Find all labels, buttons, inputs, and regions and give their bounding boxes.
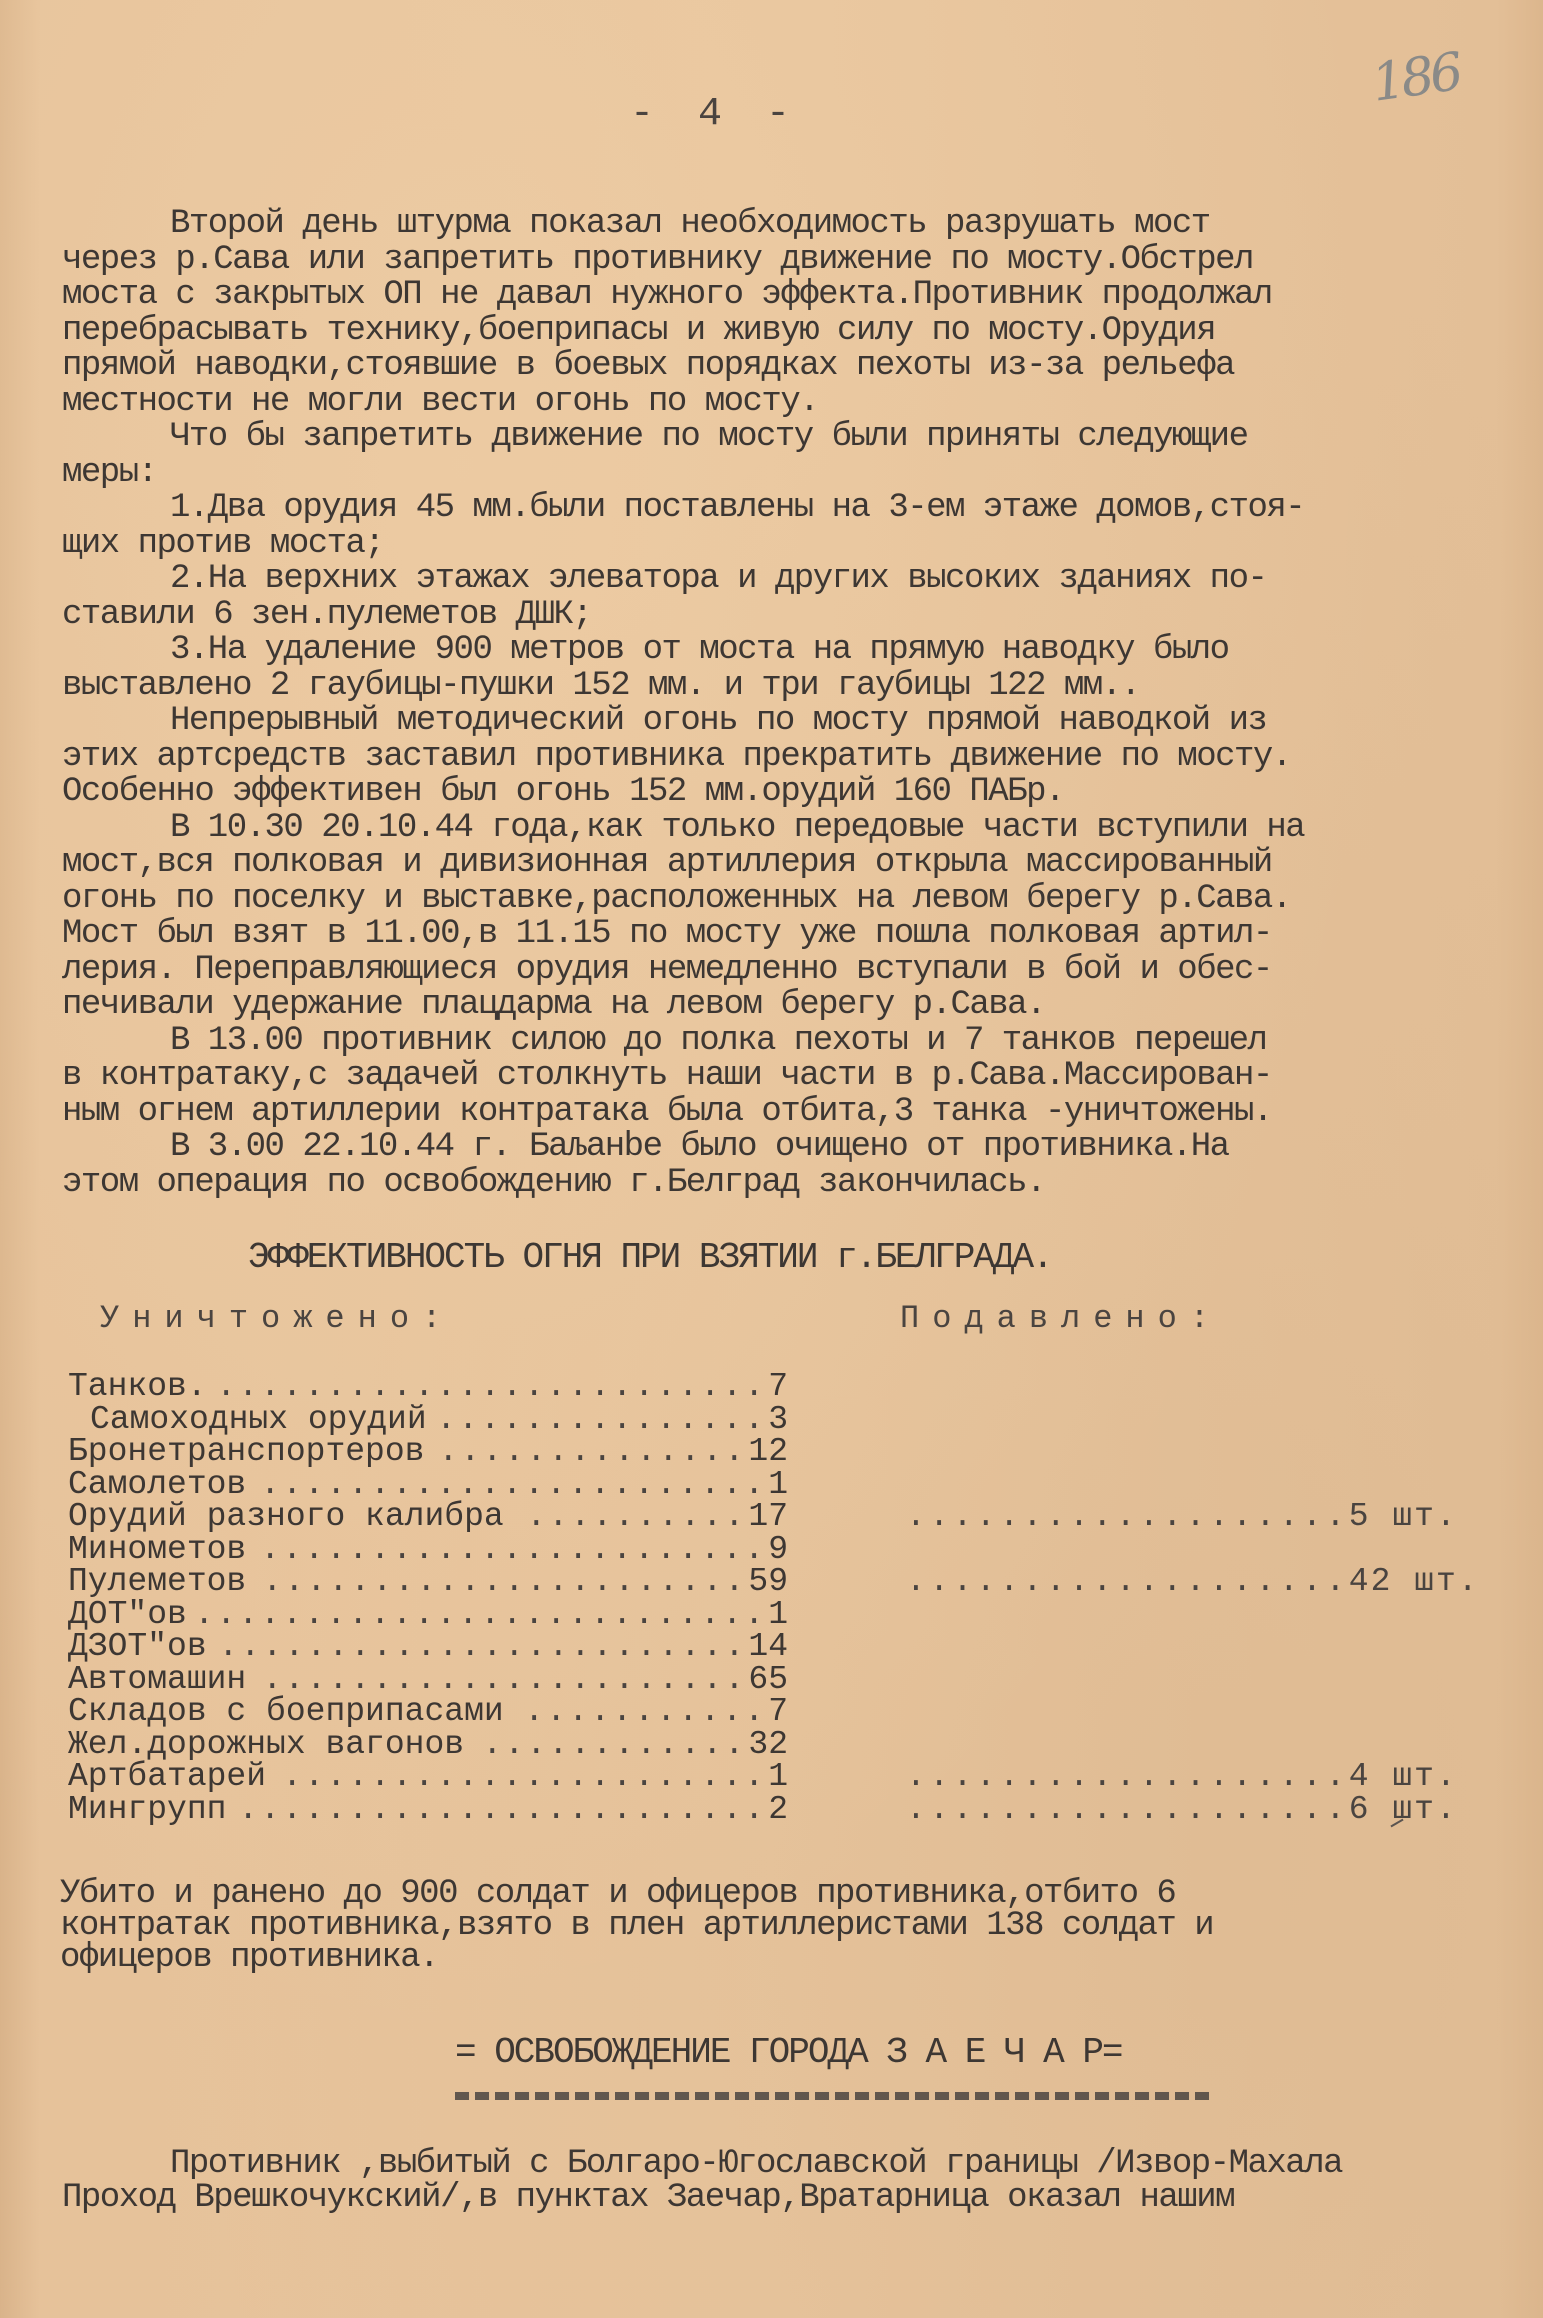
destroyed-count: 7 [768, 1695, 788, 1728]
page-number: - 4 - [630, 92, 800, 137]
table-row: Самоходных орудий...............3 [68, 1403, 1468, 1436]
text-line: Мост был взят в 11.00,в 11.15 по мосту у… [62, 917, 1542, 953]
text-line: выставлено 2 гаубицы-пушки 152 мм. и три… [62, 669, 1542, 705]
text-line: местности не могли вести огонь по мосту. [62, 385, 1542, 421]
dot-leader: ...................... [282, 1760, 766, 1793]
table-row: Орудий разного калибра..........17......… [68, 1500, 1468, 1533]
row-label: Самоходных орудий [90, 1403, 427, 1436]
text-line: ным огнем артиллерии контратака была отб… [62, 1095, 1542, 1131]
table-row: Автомашин......................65 [68, 1663, 1468, 1696]
dot-leader: ................... [906, 1498, 1349, 1535]
row-label: Автомашин [68, 1663, 246, 1696]
text-line: моста с закрытых ОП не давал нужного эфф… [62, 278, 1542, 314]
dot-leader: ................... [906, 1563, 1349, 1600]
dot-leader: .......... [526, 1500, 746, 1533]
table-row: Складов с боеприпасами...........7 [68, 1695, 1468, 1728]
text-line: 2.На верхних этажах элеватора и других в… [62, 562, 1542, 598]
suppressed-value: 4 шт. [1349, 1758, 1458, 1795]
text-line: перебрасывать технику,боеприпасы и живую… [62, 314, 1542, 350]
effectiveness-table: Танков..........................7Самоход… [68, 1370, 1468, 1825]
table-row: ДОТ"ов..........................1 [68, 1598, 1468, 1631]
destroyed-count: 14 [748, 1630, 788, 1663]
suppressed-count: ...................5 шт. [906, 1500, 1458, 1533]
archive-folio-number: 186 [1368, 42, 1463, 114]
destroyed-count: 12 [748, 1435, 788, 1468]
dot-leader: ........................ [238, 1793, 766, 1826]
text-line: В 3.00 22.10.44 г. Баљанbе было очищено … [62, 1130, 1542, 1166]
dot-leader: ....................... [260, 1468, 766, 1501]
text-line: контратак противника,взято в плен артилл… [60, 1909, 1540, 1941]
dot-leader: ...................... [262, 1663, 746, 1696]
destroyed-count: 32 [748, 1728, 788, 1761]
summary-text: Убито и ранено до 900 солдат и офицеров … [60, 1877, 1540, 1973]
dot-leader: ........................ [218, 1630, 746, 1663]
dot-leader: ........... [524, 1695, 766, 1728]
row-label: Минометов [68, 1533, 246, 1566]
text-line: офицеров противника. [60, 1941, 1540, 1973]
text-line: в контратаку,с задачей столкнуть наши ча… [62, 1059, 1542, 1095]
table-row: Самолетов.......................1 [68, 1468, 1468, 1501]
text-line: 3.На удаление 900 метров от моста на пря… [62, 633, 1542, 669]
heading-underline-divider [455, 2092, 1215, 2100]
text-line: лерия. Переправляющиеся орудия немедленн… [62, 953, 1542, 989]
destroyed-count: 2 [768, 1793, 788, 1826]
dot-leader: ....................... [260, 1533, 766, 1566]
table-row: Танков..........................7 [68, 1370, 1468, 1403]
row-label: Пулеметов [68, 1565, 246, 1598]
row-label: ДОТ"ов [68, 1598, 187, 1631]
section-heading-zaechar: = ОСВОБОЖДЕНИЕ ГОРОДА З А Е Ч А Р= [455, 2032, 1122, 2073]
text-line: Убито и ранено до 900 солдат и офицеров … [60, 1877, 1540, 1909]
table-row: Пулеметов......................59.......… [68, 1565, 1468, 1598]
text-line: этом операция по освобождению г.Белград … [62, 1166, 1542, 1202]
table-row: Минометов.......................9 [68, 1533, 1468, 1566]
column-head-suppressed: Подавлено: [900, 1300, 1222, 1337]
destroyed-count: 3 [768, 1403, 788, 1436]
suppressed-count: ...................4 шт. [906, 1760, 1458, 1793]
body-text-bottom: Противник ,выбитый с Болгаро-Югославской… [62, 2147, 1542, 2215]
text-line: прямой наводки,стоявшие в боевых порядка… [62, 349, 1542, 385]
text-line: щих против моста; [62, 527, 1542, 563]
column-head-destroyed: Уничтожено: [100, 1300, 454, 1337]
destroyed-count: 1 [768, 1598, 788, 1631]
text-line: этих артсредств заставил противника прек… [62, 740, 1542, 776]
text-line: ставили 6 зен.пулеметов ДШК; [62, 598, 1542, 634]
text-line: Проход Врешкочукский/,в пунктах Заечар,В… [62, 2181, 1542, 2215]
dot-leader: ............ [482, 1728, 746, 1761]
row-label: ДЗОТ"ов [68, 1630, 207, 1663]
dot-leader: .......................... [194, 1598, 766, 1631]
row-label: Самолетов [68, 1468, 246, 1501]
text-line: Противник ,выбитый с Болгаро-Югославской… [62, 2147, 1542, 2181]
table-row: Жел.дорожных вагонов............32 [68, 1728, 1468, 1761]
dot-leader: ............... [436, 1403, 766, 1436]
text-line: мост,вся полковая и дивизионная артиллер… [62, 846, 1542, 882]
suppressed-count: ...................42 шт. [906, 1565, 1480, 1598]
body-text-top: Второй день штурма показал необходимость… [62, 207, 1542, 1201]
destroyed-count: 65 [748, 1663, 788, 1696]
suppressed-value: 6 шт. [1349, 1791, 1458, 1828]
destroyed-count: 17 [748, 1500, 788, 1533]
row-label: Мингрупп [68, 1793, 226, 1826]
text-line: 1.Два орудия 45 мм.были поставлены на 3-… [62, 491, 1542, 527]
text-line: В 13.00 противник силою до полка пехоты … [62, 1024, 1542, 1060]
row-label: Бронетранспортеров [68, 1435, 424, 1468]
destroyed-count: 59 [748, 1565, 788, 1598]
row-label: Артбатарей [68, 1760, 266, 1793]
table-row: Артбатарей......................1.......… [68, 1760, 1468, 1793]
destroyed-count: 1 [768, 1760, 788, 1793]
text-line: Особенно эффективен был огонь 152 мм.ору… [62, 775, 1542, 811]
text-line: меры: [62, 456, 1542, 492]
suppressed-value: 42 шт. [1349, 1563, 1480, 1600]
suppressed-count: ...................6 шт. [906, 1793, 1458, 1826]
dot-leader: ................... [906, 1791, 1349, 1828]
dot-leader: .............. [438, 1435, 746, 1468]
text-line: огонь по поселку и выставке,расположенны… [62, 882, 1542, 918]
text-line: Что бы запретить движение по мосту были … [62, 420, 1542, 456]
row-label: Орудий разного калибра [68, 1500, 504, 1533]
table-row: Бронетранспортеров..............12 [68, 1435, 1468, 1468]
dot-leader: ...................... [262, 1565, 746, 1598]
text-line: Непрерывный методический огонь по мосту … [62, 704, 1542, 740]
table-row: Мингрупп........................2.......… [68, 1793, 1468, 1826]
dot-leader: ......................... [216, 1370, 766, 1403]
row-label: Складов с боеприпасами [68, 1695, 504, 1728]
text-line: В 10.30 20.10.44 года,как только передов… [62, 811, 1542, 847]
suppressed-value: 5 шт. [1349, 1498, 1458, 1535]
dot-leader: ................... [906, 1758, 1349, 1795]
section-heading-belgrade: ЭФФЕКТИВНОСТЬ ОГНЯ ПРИ ВЗЯТИИ г.БЕЛГРАДА… [248, 1237, 1052, 1278]
text-line: Второй день штурма показал необходимость… [62, 207, 1542, 243]
destroyed-count: 9 [768, 1533, 788, 1566]
destroyed-count: 1 [768, 1468, 788, 1501]
table-row: ДЗОТ"ов........................14 [68, 1630, 1468, 1663]
destroyed-count: 7 [768, 1370, 788, 1403]
row-label: Жел.дорожных вагонов [68, 1728, 464, 1761]
row-label: Танков. [68, 1370, 207, 1403]
text-line: печивали удержание плацдарма на левом бе… [62, 988, 1542, 1024]
text-line: через р.Сава или запретить противнику дв… [62, 243, 1542, 279]
